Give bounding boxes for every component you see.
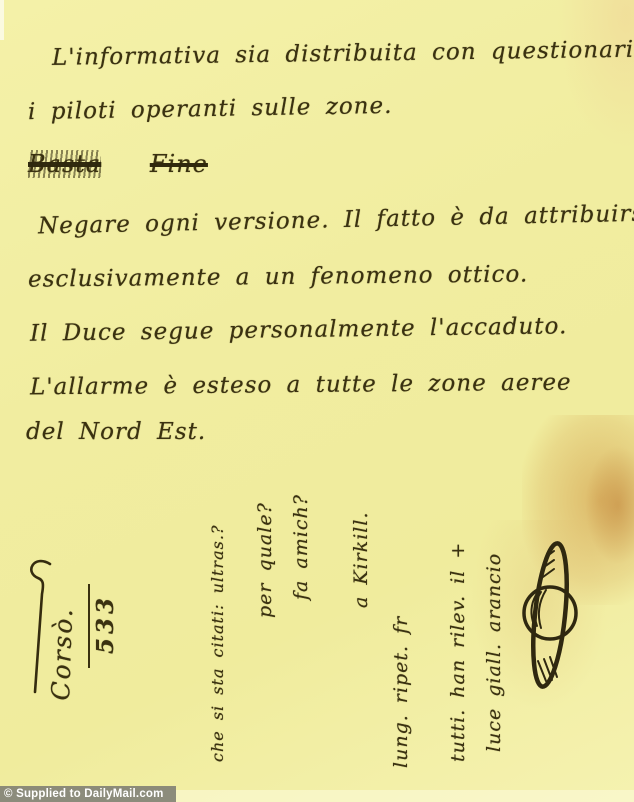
crossed-out-line: Basta Fine <box>28 150 208 178</box>
handwritten-line-2: i piloti operanti sulle zone. <box>28 93 393 125</box>
crossed-out-word-2: Fine <box>150 150 208 178</box>
vertical-note-2: tutti. han rilev. il + <box>447 542 469 762</box>
handwritten-line-3: Negare ogni versione. Il fatto è da attr… <box>38 201 634 240</box>
vertical-note-5: fa amich? <box>290 494 312 600</box>
reference-number: 533 <box>88 584 119 668</box>
handwritten-note-photo: L'informativa sia distribuita con questi… <box>0 0 634 802</box>
handwritten-line-6: L'allarme è esteso a tutte le zone aeree <box>30 370 572 401</box>
handwritten-line-4: esclusivamente a un fenomeno ottico. <box>28 261 528 292</box>
watermark: © Supplied to DailyMail.com <box>0 786 176 802</box>
signature-flourish <box>22 556 58 698</box>
handwritten-line-1: L'informativa sia distribuita con questi… <box>52 35 634 71</box>
paper-discoloration-top-right <box>556 0 634 150</box>
paper-edge-highlight <box>0 0 4 40</box>
vertical-note-6: per quale? <box>254 502 276 618</box>
ufo-ringed-sphere-sketch <box>498 533 610 703</box>
vertical-note-7: che si sta citati: ultras.? <box>208 525 227 762</box>
crossed-out-word-1: Basta <box>28 150 101 178</box>
vertical-note-3: lung. ripet. fr <box>390 616 412 768</box>
handwritten-line-5: Il Duce segue personalmente l'accaduto. <box>30 313 568 346</box>
vertical-note-4: a Kirkill. <box>350 511 372 608</box>
sketch-hatching-bottom <box>538 657 557 681</box>
handwritten-line-7: del Nord Est. <box>26 419 206 445</box>
